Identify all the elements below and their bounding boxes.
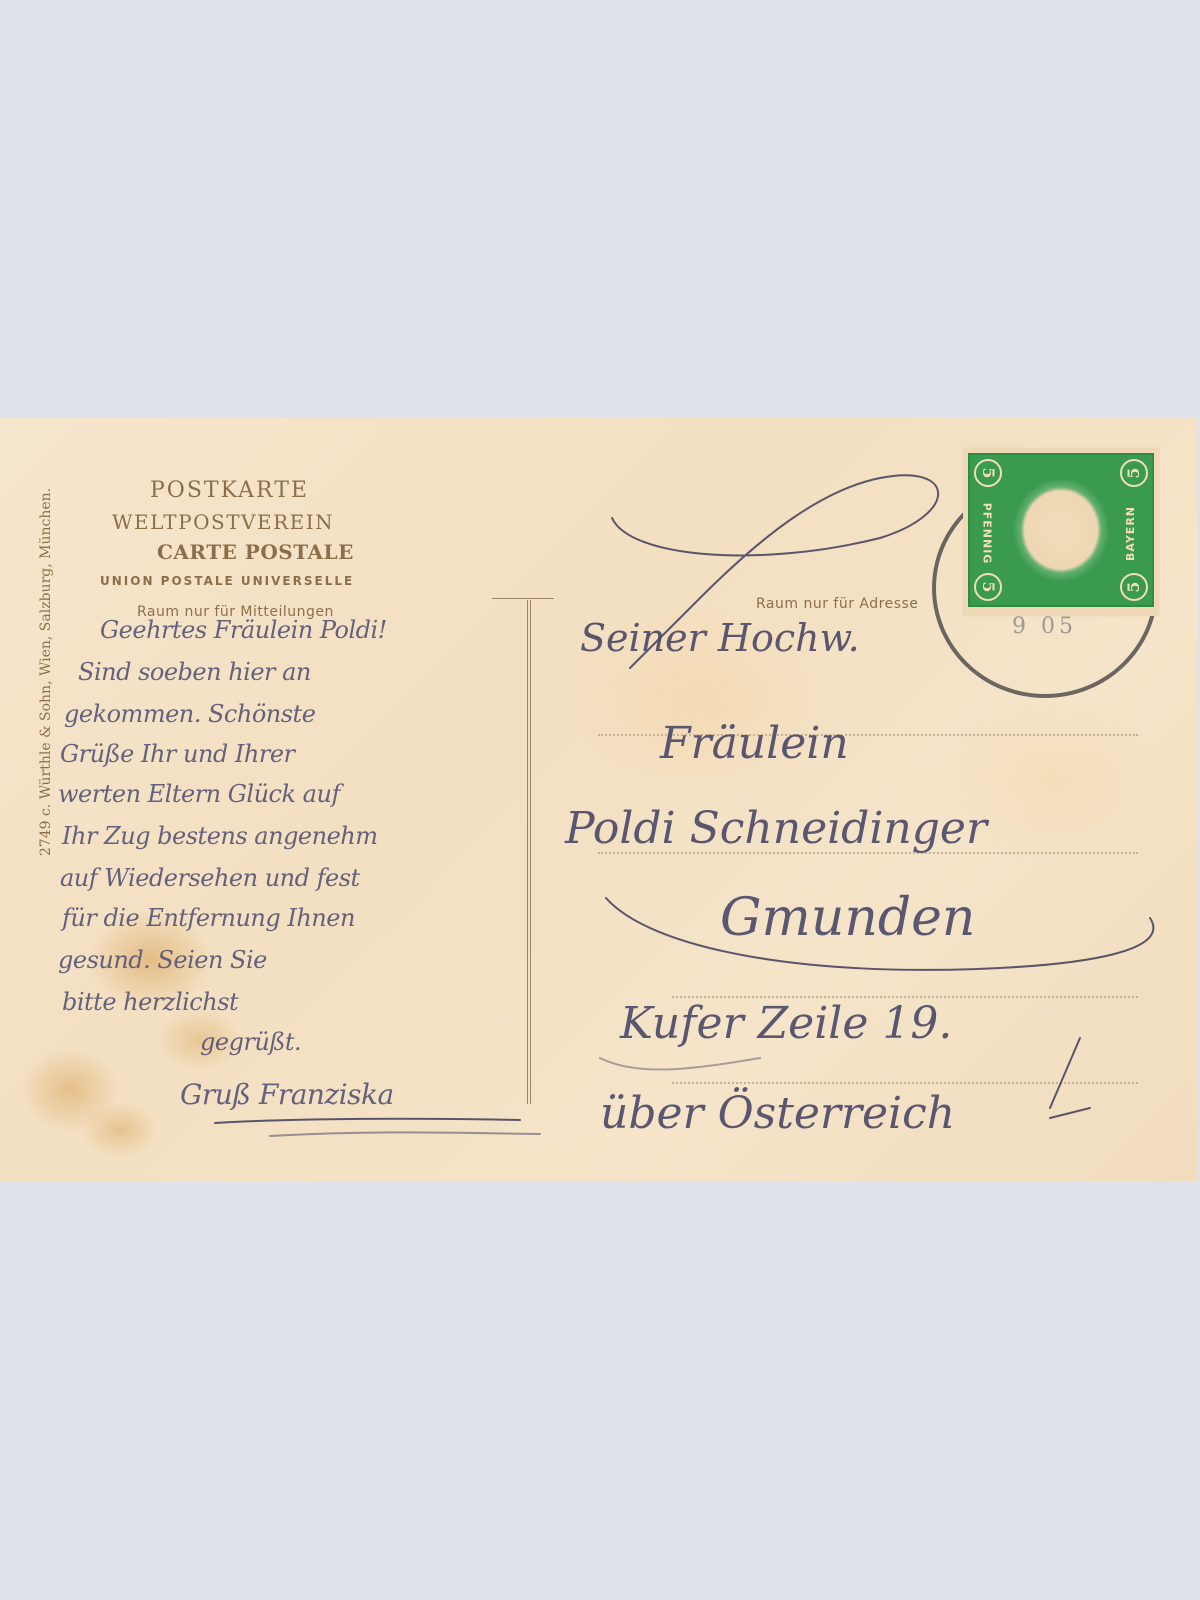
message-line: bitte herzlichst xyxy=(62,988,238,1016)
message-line: gegrüßt. xyxy=(200,1028,301,1056)
address-line-6: über Österreich xyxy=(600,1088,955,1139)
message-signature: Gruß Franziska xyxy=(180,1078,394,1111)
address-line-5: Kufer Zeile 19. xyxy=(620,998,952,1049)
message-line: Ihr Zug bestens angenehm xyxy=(62,822,378,850)
address-line-1: Seiner Hochw. xyxy=(580,616,860,660)
message-line: gekommen. Schönste xyxy=(64,700,315,728)
message-line: Geehrtes Fräulein Poldi! xyxy=(100,616,387,644)
address-line-3: Poldi Schneidinger xyxy=(565,803,987,854)
message-line: für die Entfernung Ihnen xyxy=(62,904,355,932)
message-line: werten Eltern Glück auf xyxy=(58,780,340,808)
message-line: Grüße Ihr und Ihrer xyxy=(60,740,295,768)
postcard: POSTKARTE WELTPOSTVEREIN CARTE POSTALE U… xyxy=(0,418,1198,1181)
message-line: Sind soeben hier an xyxy=(78,658,311,686)
message-line: auf Wiedersehen und fest xyxy=(60,864,360,892)
address-line-4: Gmunden xyxy=(720,888,975,948)
message-line: gesund. Seien Sie xyxy=(58,946,267,974)
address-line-2: Fräulein xyxy=(660,718,849,769)
